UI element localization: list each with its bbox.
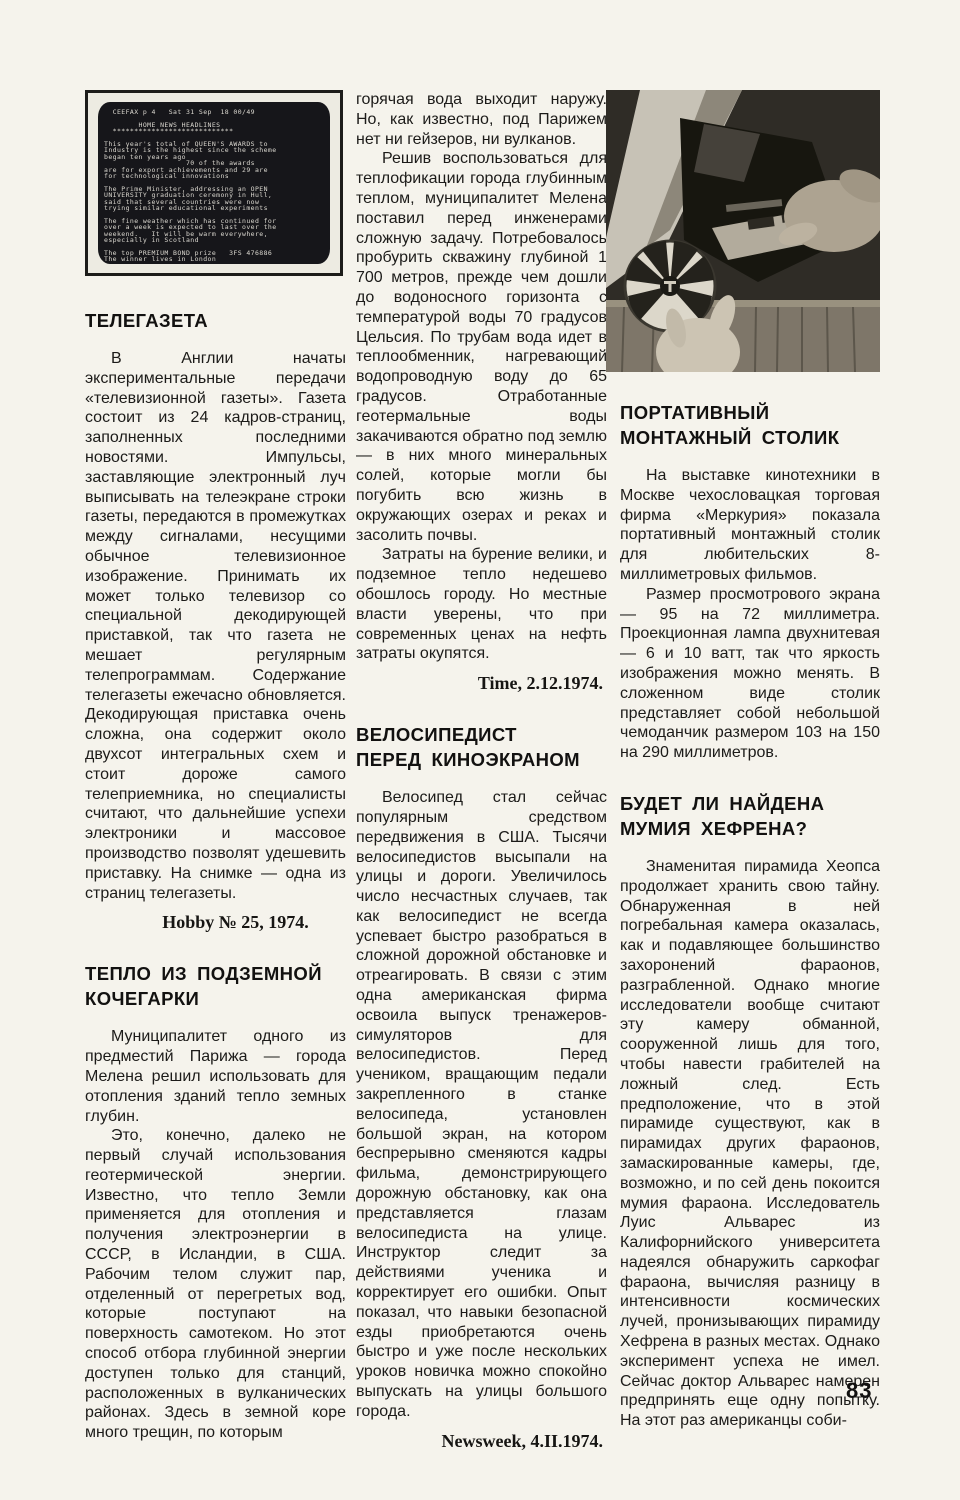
tv-screen: CEEFAX p 4 Sat 31 Sep 18 00/49 HOME NEWS… — [98, 102, 330, 264]
middle-column: горячая вода выходит наружу. Но, как изв… — [356, 90, 607, 1452]
teletext-screen-text: CEEFAX p 4 Sat 31 Sep 18 00/49 HOME NEWS… — [104, 109, 324, 263]
article-title-stolik: ПОРТАТИВНЫЙ МОНТАЖНЫЙ СТОЛИК — [620, 400, 880, 450]
article-body-telegazeta: В Англии начаты экспериментальные переда… — [85, 349, 346, 903]
right-column: ПОРТАТИВНЫЙ МОНТАЖНЫЙ СТОЛИК На выставке… — [620, 90, 880, 1431]
film-editing-table-photo — [606, 90, 880, 372]
article-title-velosipedist: ВЕЛОСИПЕДИСТ ПЕРЕД КИНОЭКРАНОМ — [356, 722, 607, 772]
source-time: Time, 2.12.1974. — [356, 672, 607, 694]
paragraph: горячая вода выходит наружу. Но, как изв… — [356, 90, 607, 149]
film-editing-table-illustration — [606, 90, 880, 372]
article-title-mumiya: БУДЕТ ЛИ НАЙДЕНА МУМИЯ ХЕФРЕНА? — [620, 791, 880, 841]
paragraph: Решив воспользоваться для теплофикации г… — [356, 149, 607, 545]
article-body-mumiya: Знаменитая пирамида Хеопса продолжает хр… — [620, 857, 880, 1431]
article-body-stolik: На выставке кинотехники в Москве чехосло… — [620, 466, 880, 763]
paragraph: Муниципалитет одного из предместий Париж… — [85, 1027, 346, 1126]
article-body-teplo: Муниципалитет одного из предместий Париж… — [85, 1027, 346, 1443]
article-title-telegazeta: ТЕЛЕГАЗЕТА — [85, 308, 346, 333]
left-column: CEEFAX p 4 Sat 31 Sep 18 00/49 HOME NEWS… — [85, 90, 346, 1443]
paragraph: Это, конечно, далеко не первый случай ис… — [85, 1126, 346, 1443]
page-number: 83 — [846, 1378, 872, 1404]
paragraph: Велосипед стал сейчас популярным средств… — [356, 788, 607, 1422]
article-title-teplo: ТЕПЛО ИЗ ПОДЗЕМНОЙ КОЧЕГАРКИ — [85, 961, 346, 1011]
article-body-velosipedist: Велосипед стал сейчас популярным средств… — [356, 788, 607, 1422]
teletext-photo-frame: CEEFAX p 4 Sat 31 Sep 18 00/49 HOME NEWS… — [85, 90, 343, 276]
paragraph: Затраты на бурение велики, и подземное т… — [356, 545, 607, 664]
paragraph: Знаменитая пирамида Хеопса продолжает хр… — [620, 857, 880, 1431]
source-newsweek: Newsweek, 4.II.1974. — [356, 1430, 607, 1452]
paragraph: В Англии начаты экспериментальные переда… — [85, 349, 346, 903]
magazine-page: { "page": { "number": "83", "background"… — [0, 0, 960, 1500]
paragraph: На выставке кинотехники в Москве чехосло… — [620, 466, 880, 585]
article-body-teplo-continued: горячая вода выходит наружу. Но, как изв… — [356, 90, 607, 664]
paragraph: Размер просмотрового экрана — 95 на 72 м… — [620, 585, 880, 763]
source-hobby: Hobby № 25, 1974. — [85, 911, 346, 933]
